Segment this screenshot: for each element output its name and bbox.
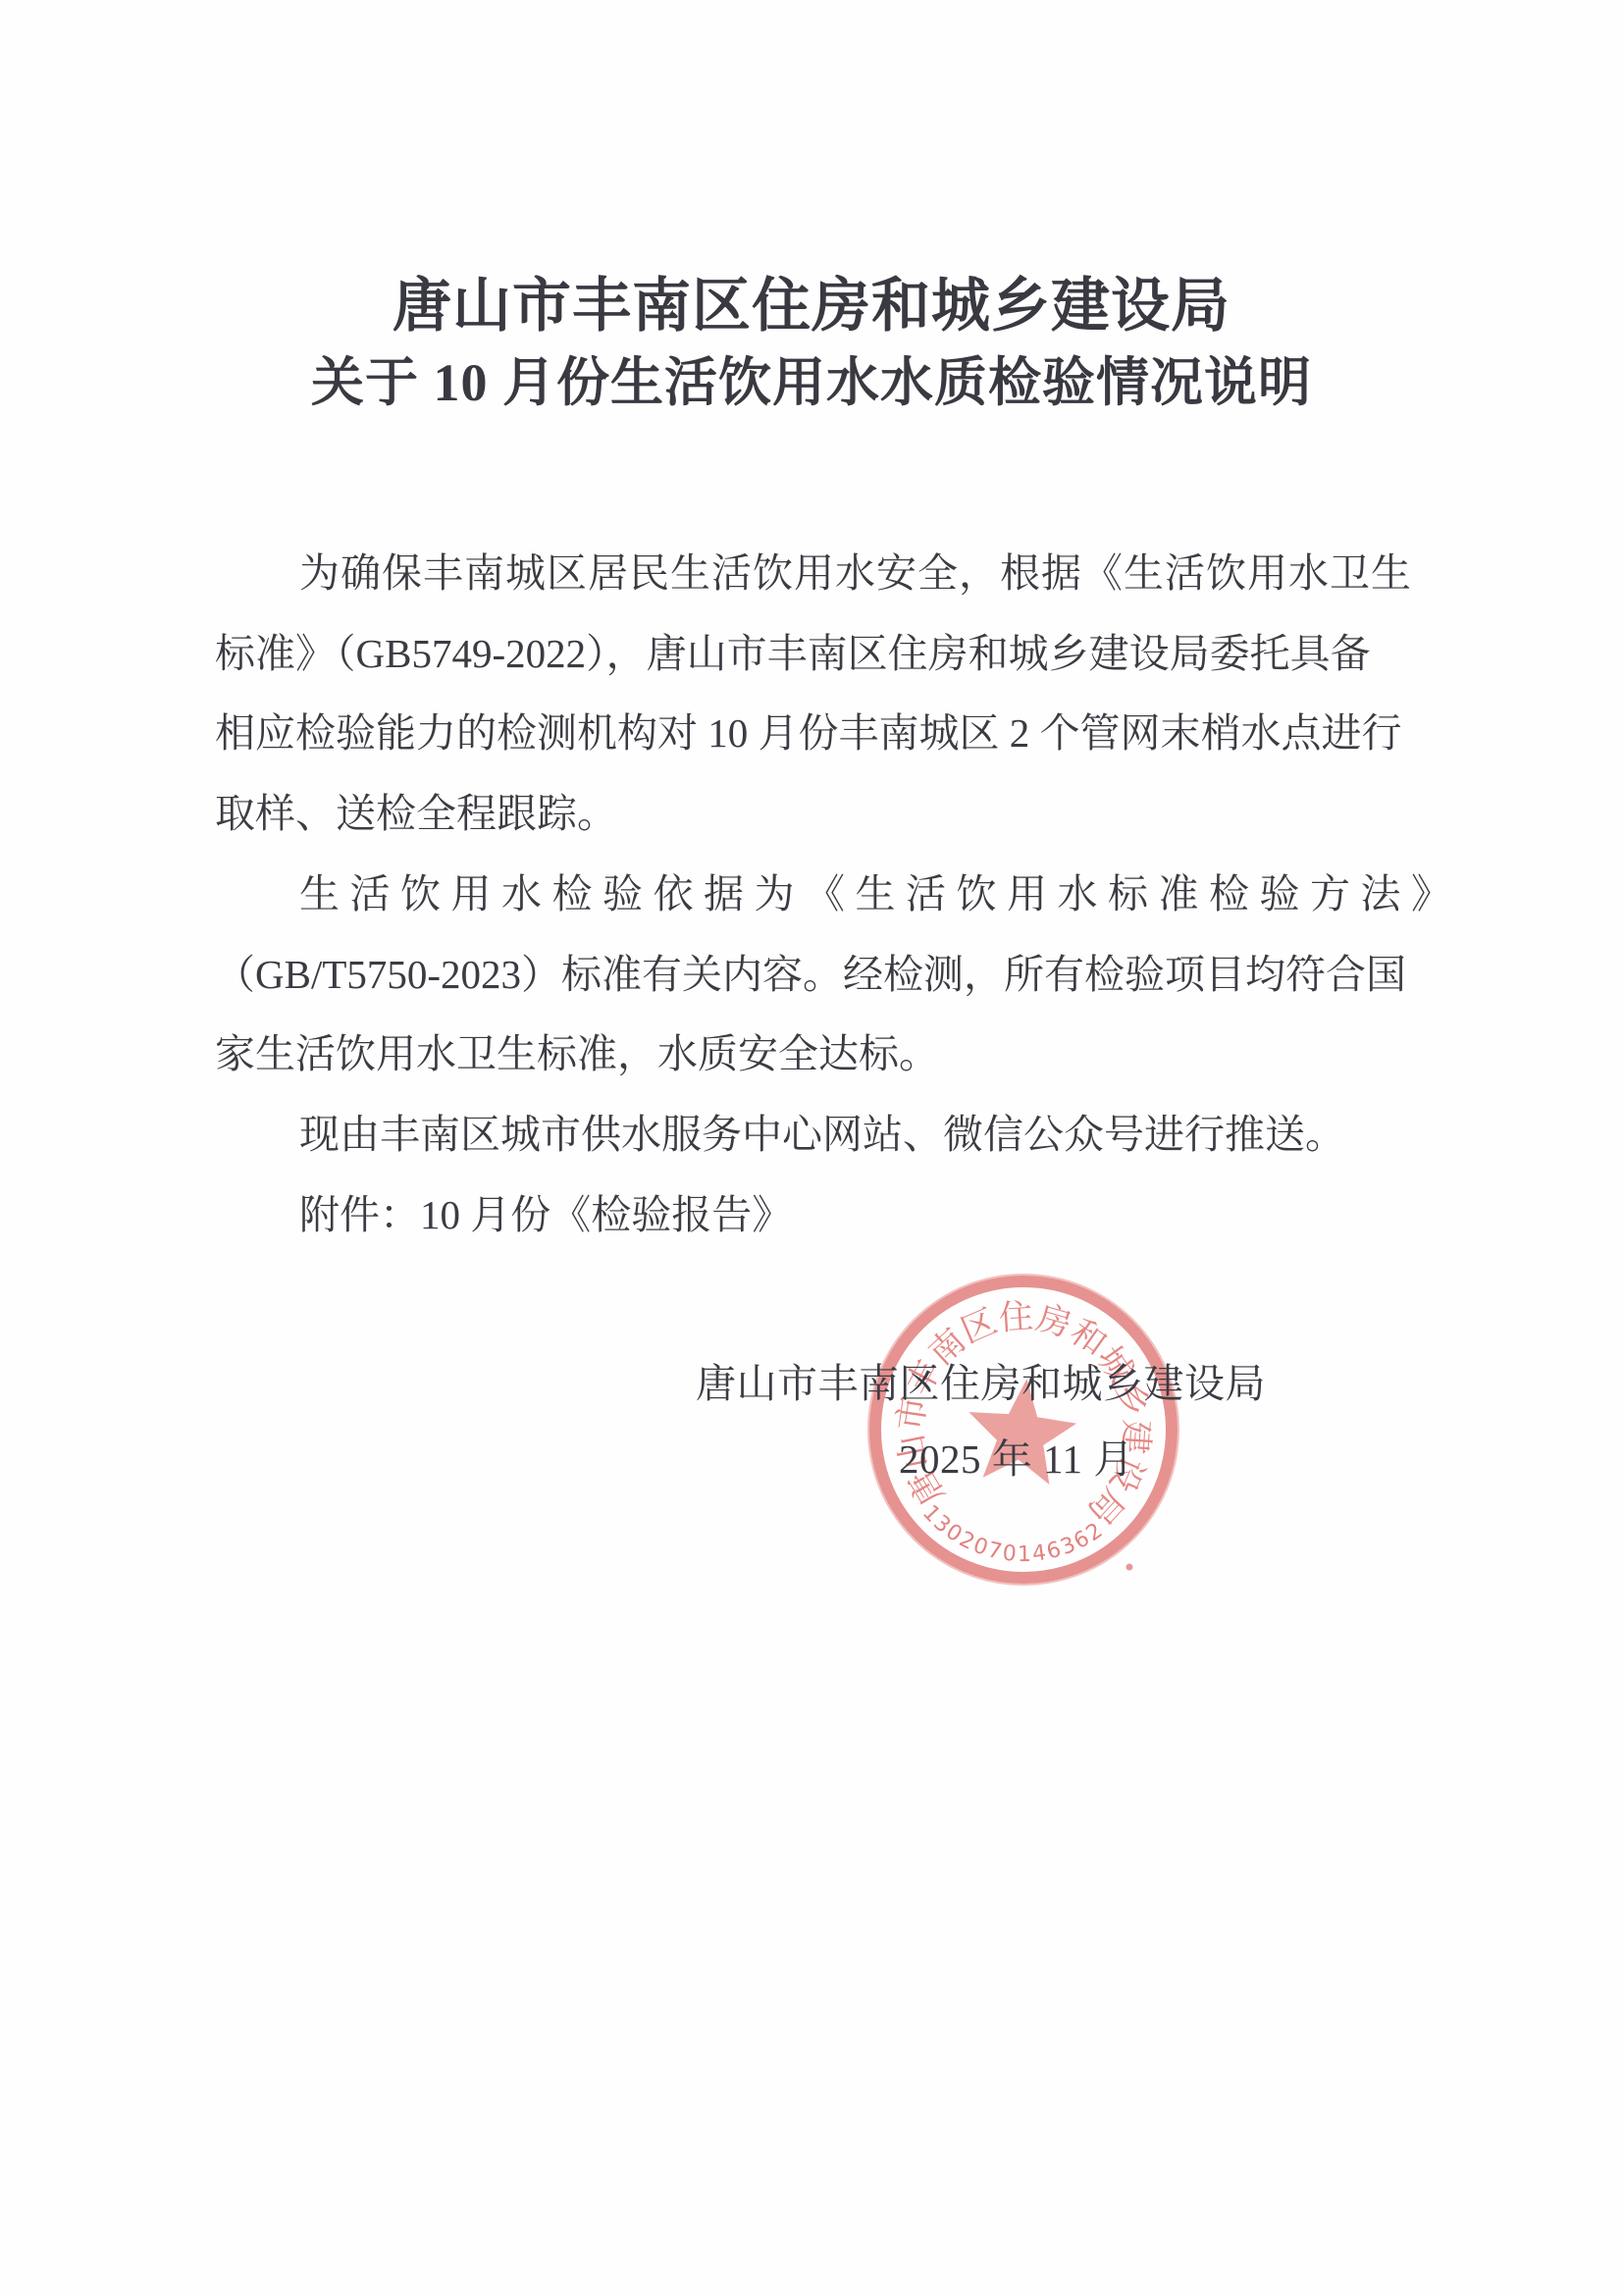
body-line-1: 为确保丰南城区居民生活饮用水安全，根据《生活饮用水卫生 — [215, 533, 1406, 613]
signature-org-name: 唐山市丰南区住房和城乡建设局 — [696, 1343, 1266, 1424]
body-line-6: （GB/T5750-2023）标准有关内容。经检测，所有检验项目均符合国 — [215, 934, 1406, 1015]
document-title-line-1: 唐山市丰南区住房和城乡建设局 — [0, 273, 1623, 339]
body-line-3: 相应检验能力的检测机构对 10 月份丰南城区 2 个管网末梢水点进行 — [215, 693, 1406, 773]
signature-date: 2025 年 11 月 — [899, 1419, 1134, 1499]
body-line-5: 生活饮用水检验依据为《生活饮用水标准检验方法》 — [215, 854, 1406, 934]
body-line-9: 附件：10 月份《检验报告》 — [215, 1174, 1406, 1255]
body-line-4: 取样、送检全程跟踪。 — [215, 773, 1406, 854]
document-page: 唐山市丰南区住房和城乡建设局 关于 10 月份生活饮用水水质检验情况说明 为确保… — [0, 0, 1623, 2296]
body-line-2: 标准》（GB5749-2022），唐山市丰南区住房和城乡建设局委托具备 — [215, 613, 1406, 694]
document-title-line-2: 关于 10 月份生活饮用水水质检验情况说明 — [0, 349, 1623, 416]
body-line-7: 家生活饮用水卫生标准，水质安全达标。 — [215, 1014, 1406, 1094]
ink-dot — [1126, 1563, 1133, 1571]
body-line-8: 现由丰南区城市供水服务中心网站、微信公众号进行推送。 — [215, 1094, 1406, 1174]
